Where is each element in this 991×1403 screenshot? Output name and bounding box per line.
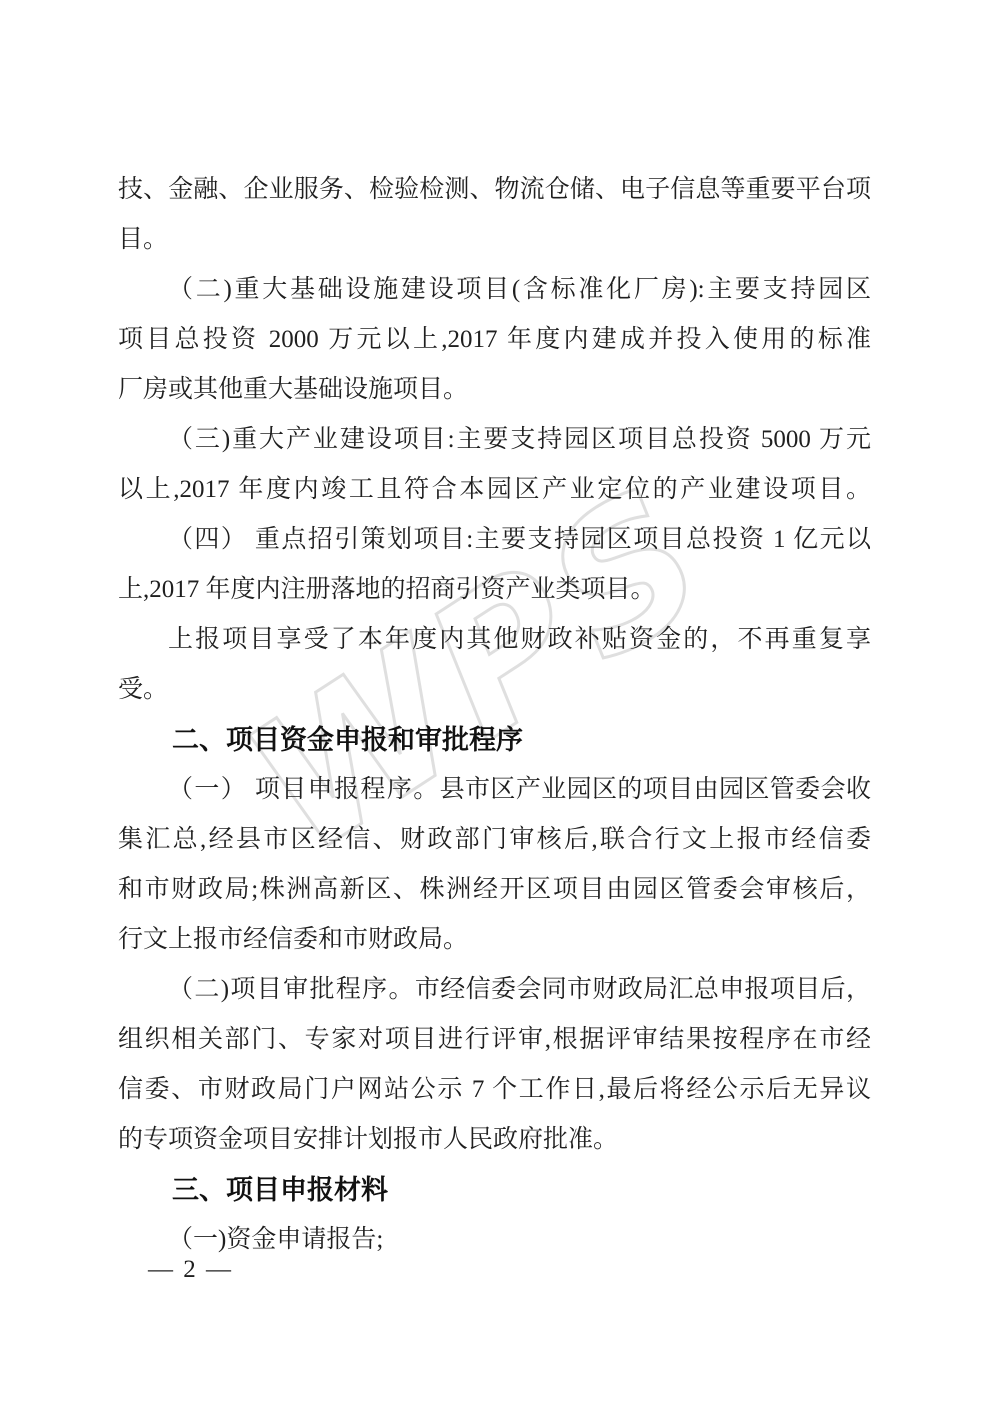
text-line: 组织相关部门、专家对项目进行评审,根据评审结果按程序在市经 xyxy=(118,1015,871,1065)
text-line: 项目总投资 2000 万元以上,2017 年度内建成并投入使用的标准 xyxy=(118,315,871,365)
document-body: 技、金融、企业服务、检验检测、物流仓储、电子信息等重要平台项目。（二)重大基础设… xyxy=(118,165,871,1265)
text-run: 厂房或其他重大基础设施项目。 xyxy=(118,376,468,403)
text-run: 上,2017 年度内注册落地的招商引资产业类项目。 xyxy=(118,576,656,603)
section-heading: 二、项目资金申报和审批程序 xyxy=(118,715,871,765)
document-page: WPS 技、金融、企业服务、检验检测、物流仓储、电子信息等重要平台项目。（二)重… xyxy=(0,0,991,1403)
text-line: 集汇总,经县市区经信、财政部门审核后,联合行文上报市经信委 xyxy=(118,815,871,865)
text-run: 和市财政局;株洲高新区、株洲经开区项目由园区管委会审核后， xyxy=(118,876,871,903)
text-run: （二)重大基础设施建设项目(含标准化厂房):主要支持园区 xyxy=(168,276,871,303)
text-line: 上报项目享受了本年度内其他财政补贴资金的，不再重复享 xyxy=(118,615,871,665)
text-line: 信委、市财政局门户网站公示 7 个工作日,最后将经公示后无异议 xyxy=(118,1065,871,1115)
text-run: 以上,2017 年度内竣工且符合本园区产业定位的产业建设项目。 xyxy=(118,476,871,503)
text-line: 上,2017 年度内注册落地的招商引资产业类项目。 xyxy=(118,565,871,615)
section-heading: 三、项目申报材料 xyxy=(118,1165,871,1215)
text-run: 的专项资金项目安排计划报市人民政府批准。 xyxy=(118,1126,618,1153)
text-line: 以上,2017 年度内竣工且符合本园区产业定位的产业建设项目。 xyxy=(118,465,871,515)
text-run: 县市区产业园区的项目由园区管委会收 xyxy=(440,776,871,803)
text-line: 厂房或其他重大基础设施项目。 xyxy=(118,365,871,415)
text-run: 上报项目享受了本年度内其他财政补贴资金的，不再重复享 xyxy=(168,626,871,653)
emphasis-run: （一） 项目申报程序。 xyxy=(168,776,440,803)
text-run: 三、项目申报材料 xyxy=(172,1175,388,1205)
text-line: （二)重大基础设施建设项目(含标准化厂房):主要支持园区 xyxy=(118,265,871,315)
text-run: 目。 xyxy=(118,226,168,253)
text-line: 目。 xyxy=(118,215,871,265)
text-line: （四） 重点招引策划项目:主要支持园区项目总投资 1 亿元以 xyxy=(118,515,871,565)
text-run: 项目总投资 2000 万元以上,2017 年度内建成并投入使用的标准 xyxy=(118,326,871,353)
text-line: （三)重大产业建设项目:主要支持园区项目总投资 5000 万元 xyxy=(118,415,871,465)
text-run: （三)重大产业建设项目:主要支持园区项目总投资 5000 万元 xyxy=(168,426,871,453)
text-line: （二)项目审批程序。市经信委会同市财政局汇总申报项目后， xyxy=(118,965,871,1015)
text-run: 技、金融、企业服务、检验检测、物流仓储、电子信息等重要平台项 xyxy=(118,176,871,203)
page-number: — 2 — xyxy=(148,1245,233,1295)
text-run: 组织相关部门、专家对项目进行评审,根据评审结果按程序在市经 xyxy=(118,1026,871,1053)
emphasis-run: （二)项目审批程序。 xyxy=(168,976,415,1003)
text-line: （一） 项目申报程序。县市区产业园区的项目由园区管委会收 xyxy=(118,765,871,815)
text-run: （四） 重点招引策划项目:主要支持园区项目总投资 1 亿元以 xyxy=(168,526,871,553)
text-run: 行文上报市经信委和市财政局。 xyxy=(118,926,468,953)
text-run: 集汇总,经县市区经信、财政部门审核后,联合行文上报市经信委 xyxy=(118,826,871,853)
text-run: 信委、市财政局门户网站公示 7 个工作日,最后将经公示后无异议 xyxy=(118,1076,871,1103)
text-line: 技、金融、企业服务、检验检测、物流仓储、电子信息等重要平台项 xyxy=(118,165,871,215)
text-line: 的专项资金项目安排计划报市人民政府批准。 xyxy=(118,1115,871,1165)
text-run: 二、项目资金申报和审批程序 xyxy=(172,725,523,755)
text-line: 行文上报市经信委和市财政局。 xyxy=(118,915,871,965)
text-line: 和市财政局;株洲高新区、株洲经开区项目由园区管委会审核后， xyxy=(118,865,871,915)
text-line: 受。 xyxy=(118,665,871,715)
text-run: 受。 xyxy=(118,676,168,703)
text-run: 市经信委会同市财政局汇总申报项目后， xyxy=(415,976,871,1003)
